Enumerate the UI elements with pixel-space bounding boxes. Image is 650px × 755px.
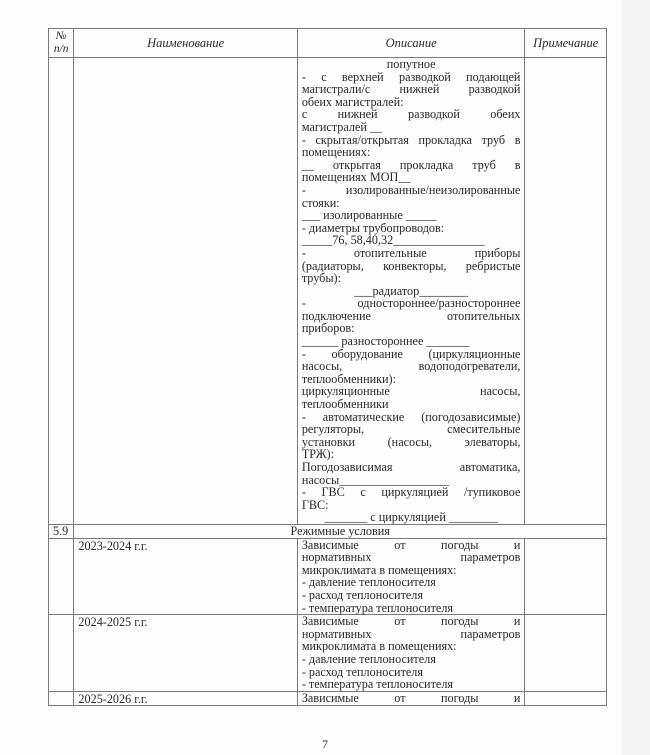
description-line: - одностороннее/разностороннее [302,297,521,310]
section-number: 5.9 [49,524,74,538]
description-line: - изолированные/неизолированные [302,184,521,197]
cell-name [74,58,297,525]
cell-number [49,615,74,692]
cell-description: Зависимые от погоды инормативных парамет… [297,615,525,692]
table-row-period: 2024-2025 г.г.Зависимые от погоды инорма… [49,615,607,692]
cell-period: 2024-2025 г.г. [74,615,297,692]
description-line: регуляторы, смесительные [302,423,521,436]
description-line: трубы): [302,272,521,285]
table-header-row: № п/п Наименование Описание Примечание [49,29,607,58]
description-line: теплообменники [302,398,521,411]
description-line: насосы, водоподогреватели, [302,360,521,373]
description-line: ______ разностороннее _______ [302,335,521,348]
description-line: магистралей __ [302,121,521,134]
cell-note [525,615,607,692]
description-line: - отопительные приборы [302,247,521,260]
header-name: Наименование [74,29,297,58]
description-line: - температура теплоносителя [302,678,521,691]
table-row-period: 2025-2026 г.г.Зависимые от погоды и [49,691,607,706]
description-line: - расход теплоносителя [302,589,521,602]
page-number: 7 [0,737,650,752]
description-line: Зависимые от погоды и [302,692,521,705]
table-row-section: 5.9 Режимные условия [49,524,607,538]
cell-description: Зависимые от погоды и [297,691,525,706]
cell-description: попутное- с верхней разводкой подающейма… [297,58,525,525]
description-line: ___ изолированные _____ [302,209,521,222]
description-line: _______ с циркуляцией ________ [302,511,521,524]
description-line: помещениях: [302,146,521,159]
description-line: Погодозависимая автоматика, [302,461,521,474]
table-row-period: 2023-2024 г.г.Зависимые от погоды инорма… [49,538,607,615]
header-number: № п/п [49,29,74,58]
cell-period: 2023-2024 г.г. [74,538,297,615]
cell-note [525,538,607,615]
description-line: - давление теплоносителя [302,653,521,666]
cell-period: 2025-2026 г.г. [74,691,297,706]
cell-number [49,538,74,615]
cell-number [49,691,74,706]
cell-note [525,58,607,525]
table-row-continued: попутное- с верхней разводкой подающейма… [49,58,607,525]
cell-note [525,691,607,706]
cell-number [49,58,74,525]
section-title: Режимные условия [74,524,607,538]
description-line: нормативных параметров [302,551,521,564]
cell-description: Зависимые от погоды инормативных парамет… [297,538,525,615]
description-line: - ГВС с циркуляцией /тупиковое [302,486,521,499]
specification-table: № п/п Наименование Описание Примечание п… [48,28,607,706]
description-line: магистрали/с нижней разводкой [302,83,521,96]
description-line: - температура теплоносителя [302,602,521,615]
header-note: Примечание [525,29,607,58]
header-description: Описание [297,29,525,58]
description-line: Зависимые от погоды и [302,615,521,628]
scan-page-edge [622,0,650,755]
description-line: попутное [302,58,521,71]
description-line: установки (насосы, элеваторы, [302,436,521,449]
